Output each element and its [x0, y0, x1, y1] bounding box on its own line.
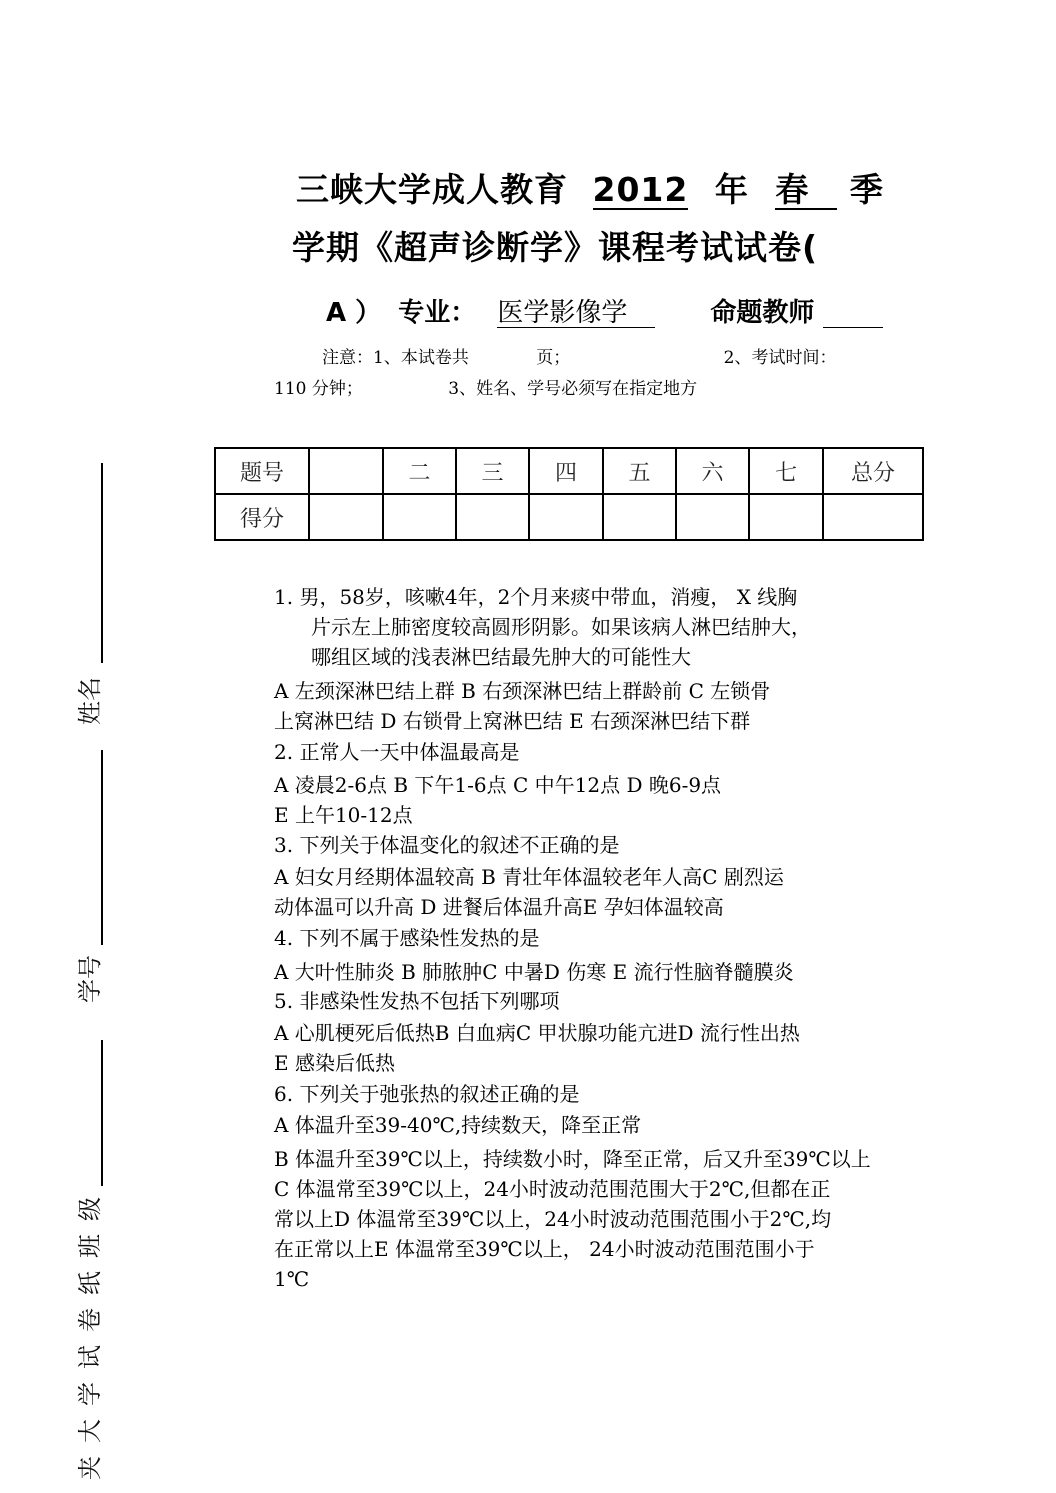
col-3: 三	[456, 448, 529, 494]
option-line: A 体温升至39-40℃,持续数天，降至正常	[274, 1110, 871, 1140]
option-line: B 体温升至39℃以上，持续数小时，降至正常，后又升至39℃以上	[274, 1144, 871, 1174]
question-6-options: A 体温升至39-40℃,持续数天，降至正常 B 体温升至39℃以上，持续数小时…	[274, 1110, 871, 1294]
question-5-options: A 心肌梗死后低热B 白血病C 甲状腺功能亢进D 流行性出热 E 感染后低热	[274, 1018, 800, 1078]
question-stem: 4. 下列不属于感染性发热的是	[274, 923, 539, 953]
col-1	[309, 448, 383, 494]
title-line-1: 三峡大学成人教育 2012 年 春 季	[296, 164, 884, 211]
class-label: 夹大学试卷纸班级	[70, 1184, 105, 1480]
notice-line-2: 110 分钟； 3、姓名、学号必须写在指定地方	[274, 374, 697, 399]
title-school: 三峡大学成人教育	[296, 170, 568, 209]
col-5: 五	[603, 448, 676, 494]
score-cell-1[interactable]	[309, 494, 383, 540]
option-line: 上窝淋巴结 D 右锁骨上窝淋巴结 E 右颈深淋巴结下群	[274, 706, 770, 736]
question-3: 3. 下列关于体温变化的叙述不正确的是	[274, 830, 619, 860]
option-line: E 感染后低热	[274, 1048, 800, 1078]
student-id-label: 学号	[70, 955, 105, 1003]
notice-pages-suffix: 页；	[536, 348, 570, 368]
notice-name-rule: 3、姓名、学号必须写在指定地方	[448, 379, 697, 399]
col-7: 七	[749, 448, 823, 494]
title-line-2: 学期《超声诊断学》课程考试试卷(	[292, 222, 818, 269]
notice-time-value: 110 分钟；	[274, 379, 363, 399]
option-line: 常以上D 体温常至39℃以上，24小时波动范围范围小于2℃,均	[274, 1204, 871, 1234]
score-cell-2[interactable]	[383, 494, 456, 540]
name-underline[interactable]	[101, 463, 103, 663]
option-line: A 大叶性肺炎 B 肺脓肿C 中暑D 伤寒 E 流行性脑脊髓膜炎	[274, 957, 794, 987]
question-1: 1. 男，58岁，咳嗽4年，2个月来痰中带血，消瘦， X 线胸 片示左上肺密度较…	[274, 582, 811, 672]
student-id-underline[interactable]	[101, 750, 103, 945]
score-cell-3[interactable]	[456, 494, 529, 540]
question-stem: 1. 男，58岁，咳嗽4年，2个月来痰中带血，消瘦， X 线胸	[274, 582, 811, 612]
score-table-score-row: 得分	[215, 494, 923, 540]
question-stem: 2. 正常人一天中体温最高是	[274, 737, 519, 767]
title-year: 2012	[593, 173, 689, 210]
col-6: 六	[676, 448, 749, 494]
question-5: 5. 非感染性发热不包括下列哪项	[274, 986, 559, 1016]
option-line: A 心肌梗死后低热B 白血病C 甲状腺功能亢进D 流行性出热	[274, 1018, 800, 1048]
score-cell-6[interactable]	[676, 494, 749, 540]
notice-line-1: 注意：1、本试卷共 页； 2、考试时间：	[322, 343, 836, 368]
teacher-label: 命题教师	[710, 298, 814, 328]
option-line: A 妇女月经期体温较高 B 青壮年体温较老年人高C 剧烈运	[274, 862, 784, 892]
notice-time-label: 2、考试时间：	[724, 348, 837, 368]
teacher-field[interactable]	[823, 300, 883, 328]
option-line: A 凌晨2-6点 B 下午1-6点 C 中午12点 D 晚6-9点	[274, 770, 721, 800]
score-table-header-row: 题号 二 三 四 五 六 七 总分	[215, 448, 923, 494]
score-cell-7[interactable]	[749, 494, 823, 540]
title-season-suffix: 季	[850, 170, 884, 209]
option-line: 1℃	[274, 1264, 871, 1294]
question-stem: 5. 非感染性发热不包括下列哪项	[274, 986, 559, 1016]
title-year-suffix: 年	[715, 170, 749, 209]
score-cell-total[interactable]	[823, 494, 923, 540]
col-total: 总分	[823, 448, 923, 494]
option-line: E 上午10-12点	[274, 800, 721, 830]
notice-pages: 注意：1、本试卷共	[322, 348, 469, 368]
option-line: C 体温常至39℃以上，24小时波动范围范围大于2℃,但都在正	[274, 1174, 871, 1204]
name-label: 姓名	[70, 677, 105, 725]
question-1-options: A 左颈深淋巴结上群 B 右颈深淋巴结上群龄前 C 左锁骨 上窝淋巴结 D 右锁…	[274, 676, 770, 736]
score-cell-5[interactable]	[603, 494, 676, 540]
major-value: 医学影像学	[497, 300, 655, 328]
title-season: 春	[775, 173, 837, 210]
question-stem: 片示左上肺密度较高圆形阴影。如果该病人淋巴结肿大，	[274, 612, 811, 642]
score-cell-4[interactable]	[529, 494, 603, 540]
question-2-options: A 凌晨2-6点 B 下午1-6点 C 中午12点 D 晚6-9点 E 上午10…	[274, 770, 721, 830]
score-table: 题号 二 三 四 五 六 七 总分 得分	[214, 447, 924, 541]
question-stem: 6. 下列关于弛张热的叙述正确的是	[274, 1079, 579, 1109]
paper-type: A ）	[326, 298, 381, 328]
col-2: 二	[383, 448, 456, 494]
question-4-options: A 大叶性肺炎 B 肺脓肿C 中暑D 伤寒 E 流行性脑脊髓膜炎	[274, 957, 794, 987]
question-stem: 哪组区域的浅表淋巴结最先肿大的可能性大	[274, 642, 811, 672]
option-line: 在正常以上E 体温常至39℃以上， 24小时波动范围范围小于	[274, 1234, 871, 1264]
question-6: 6. 下列关于弛张热的叙述正确的是	[274, 1079, 579, 1109]
class-underline[interactable]	[101, 1040, 103, 1186]
row-header-question-no: 题号	[215, 448, 309, 494]
option-line: A 左颈深淋巴结上群 B 右颈深淋巴结上群龄前 C 左锁骨	[274, 676, 770, 706]
major-label: 专业：	[398, 298, 476, 328]
subheader: A ） 专业： 医学影像学 命题教师	[326, 292, 883, 329]
question-stem: 3. 下列关于体温变化的叙述不正确的是	[274, 830, 619, 860]
question-2: 2. 正常人一天中体温最高是	[274, 737, 519, 767]
question-3-options: A 妇女月经期体温较高 B 青壮年体温较老年人高C 剧烈运 动体温可以升高 D …	[274, 862, 784, 922]
option-line: 动体温可以升高 D 进餐后体温升高E 孕妇体温较高	[274, 892, 784, 922]
col-4: 四	[529, 448, 603, 494]
question-4: 4. 下列不属于感染性发热的是	[274, 923, 539, 953]
row-header-score: 得分	[215, 494, 309, 540]
